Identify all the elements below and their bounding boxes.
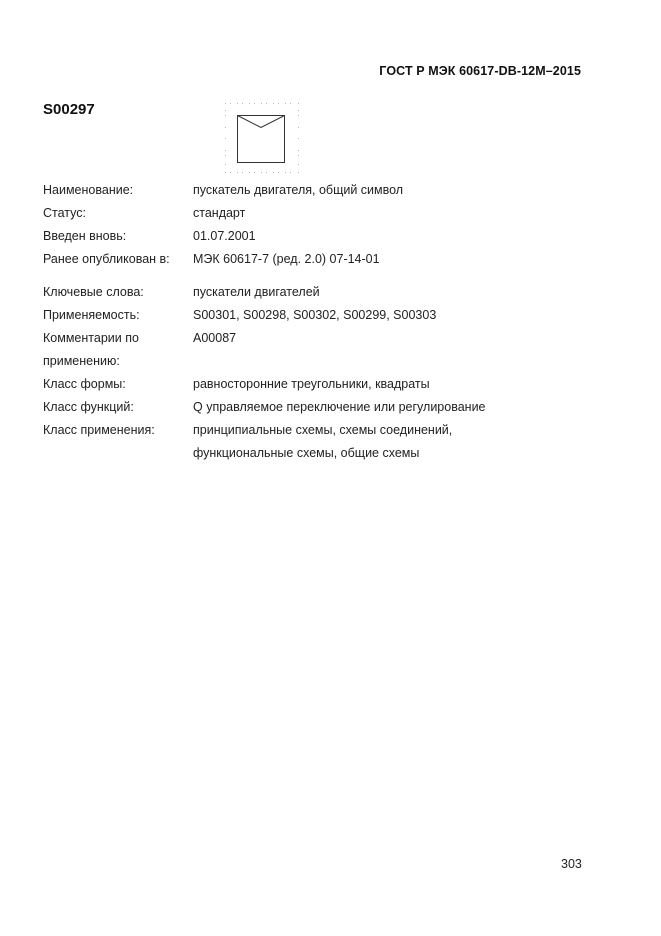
field-row-previously-published: Ранее опубликован в: МЭК 60617-7 (ред. 2… — [43, 248, 603, 271]
field-label: Ключевые слова: — [43, 281, 193, 304]
field-value: Q управляемое переключение или регулиров… — [193, 396, 603, 419]
field-value: пускатель двигателя, общий символ — [193, 179, 603, 202]
symbol-id-heading: S00297 — [43, 101, 95, 118]
field-label: Комментарии по применению: — [43, 327, 193, 373]
field-row-shape-class: Класс формы: равносторонние треугольники… — [43, 373, 603, 396]
symbol-fields-table: Наименование: пускатель двигателя, общий… — [43, 179, 603, 465]
field-row-applicability: Применяемость: S00301, S00298, S00302, S… — [43, 304, 603, 327]
field-label: Класс формы: — [43, 373, 193, 396]
field-row-introduced: Введен вновь: 01.07.2001 — [43, 225, 603, 248]
page-number: 303 — [561, 857, 582, 871]
field-value-line: принципиальные схемы, схемы соединений, — [193, 419, 603, 442]
field-value: пускатели двигателей — [193, 281, 603, 304]
field-row-status: Статус: стандарт — [43, 202, 603, 225]
field-value: 01.07.2001 — [193, 225, 603, 248]
v-line — [238, 116, 285, 128]
field-row-application-class: Класс применения: принципиальные схемы, … — [43, 419, 603, 465]
field-label: Наименование: — [43, 179, 193, 202]
field-label: Применяемость: — [43, 304, 193, 327]
field-row-keywords: Ключевые слова: пускатели двигателей — [43, 281, 603, 304]
field-value: принципиальные схемы, схемы соединений, … — [193, 419, 603, 465]
square-outline — [238, 116, 285, 163]
field-value: A00087 — [193, 327, 603, 373]
field-value-line: функциональные схемы, общие схемы — [193, 442, 603, 465]
field-label: Класс применения: — [43, 419, 193, 465]
field-label-line: Комментарии по — [43, 327, 193, 350]
field-row-function-class: Класс функций: Q управляемое переключени… — [43, 396, 603, 419]
field-value: стандарт — [193, 202, 603, 225]
field-value: МЭК 60617-7 (ред. 2.0) 07-14-01 — [193, 248, 603, 271]
field-value: равносторонние треугольники, квадраты — [193, 373, 603, 396]
motor-starter-symbol-icon — [222, 100, 302, 176]
field-label: Класс функций: — [43, 396, 193, 419]
document-standard-header: ГОСТ Р МЭК 60617-DB-12M–2015 — [379, 64, 581, 78]
field-label: Ранее опубликован в: — [43, 248, 193, 271]
field-label-line: применению: — [43, 350, 193, 373]
field-label: Введен вновь: — [43, 225, 193, 248]
field-label: Статус: — [43, 202, 193, 225]
field-value: S00301, S00298, S00302, S00299, S00303 — [193, 304, 603, 327]
field-row-application-comments: Комментарии по применению: A00087 — [43, 327, 603, 373]
field-row-name: Наименование: пускатель двигателя, общий… — [43, 179, 603, 202]
